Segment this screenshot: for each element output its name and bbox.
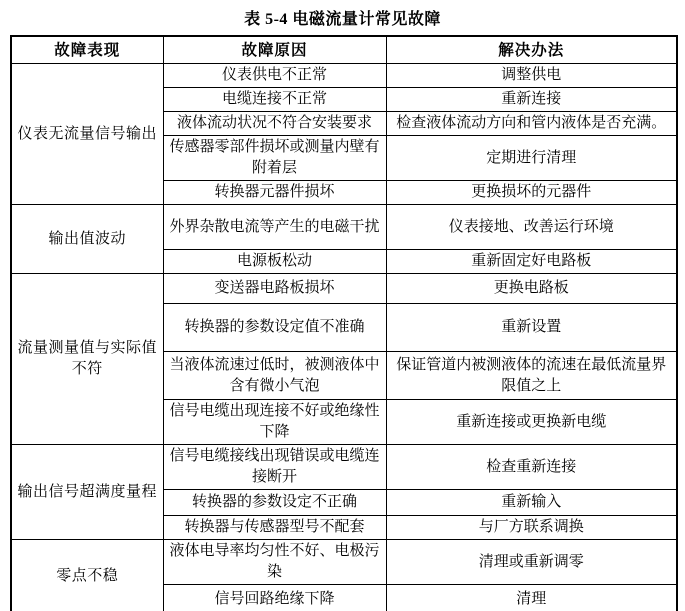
solution-cell: 检查液体流动方向和管内液体是否充满。 [386,112,677,136]
fault-table: 故障表现 故障原因 解决办法 仪表无流量信号输出仪表供电不正常调整供电电缆连接不… [10,35,678,611]
cause-cell: 信号电缆接线出现错误或电缆连接断开 [163,445,386,490]
cause-cell: 当液体流速过低时，被测液体中含有微小气泡 [163,352,386,400]
cause-cell: 电源板松动 [163,250,386,274]
solution-cell: 调整供电 [386,64,677,88]
fault-table-body: 仪表无流量信号输出仪表供电不正常调整供电电缆连接不正常重新连接液体流动状况不符合… [11,64,677,611]
cause-cell: 转换器元器件损坏 [163,181,386,205]
cause-cell: 转换器的参数设定值不准确 [163,304,386,352]
cause-cell: 电缆连接不正常 [163,88,386,112]
solution-cell: 更换损坏的元器件 [386,181,677,205]
fault-cell: 流量测量值与实际值不符 [11,274,163,445]
table-title: 表 5-4 电磁流量计常见故障 [0,0,685,35]
solution-cell: 重新连接 [386,88,677,112]
fault-cell: 仪表无流量信号输出 [11,64,163,205]
solution-cell: 检查重新连接 [386,445,677,490]
solution-cell: 清理 [386,585,677,611]
cause-cell: 外界杂散电流等产生的电磁干扰 [163,205,386,250]
fault-cell: 输出信号超满度量程 [11,445,163,540]
solution-cell: 与厂方联系调换 [386,516,677,540]
cause-cell: 传感器零部件损坏或测量内壁有附着层 [163,136,386,181]
fault-cell: 零点不稳 [11,540,163,611]
header-row: 故障表现 故障原因 解决办法 [11,36,677,64]
cause-cell: 信号回路绝缘下降 [163,585,386,611]
solution-cell: 重新固定好电路板 [386,250,677,274]
table-row: 输出信号超满度量程信号电缆接线出现错误或电缆连接断开检查重新连接 [11,445,677,490]
table-row: 零点不稳液体电导率均匀性不好、电极污染清理或重新调零 [11,540,677,585]
solution-cell: 重新连接或更换新电缆 [386,400,677,445]
table-row: 输出值波动外界杂散电流等产生的电磁干扰仪表接地、改善运行环境 [11,205,677,250]
solution-cell: 重新输入 [386,490,677,516]
fault-cell: 输出值波动 [11,205,163,274]
solution-cell: 仪表接地、改善运行环境 [386,205,677,250]
solution-cell: 更换电路板 [386,274,677,304]
solution-cell: 定期进行清理 [386,136,677,181]
cause-cell: 液体电导率均匀性不好、电极污染 [163,540,386,585]
cause-cell: 仪表供电不正常 [163,64,386,88]
table-row: 流量测量值与实际值不符变送器电路板损坏更换电路板 [11,274,677,304]
cause-cell: 变送器电路板损坏 [163,274,386,304]
cause-cell: 转换器与传感器型号不配套 [163,516,386,540]
cause-cell: 转换器的参数设定不正确 [163,490,386,516]
solution-cell: 重新设置 [386,304,677,352]
table-row: 仪表无流量信号输出仪表供电不正常调整供电 [11,64,677,88]
cause-cell: 液体流动状况不符合安装要求 [163,112,386,136]
fault-table-header: 故障表现 故障原因 解决办法 [11,36,677,64]
header-fault-manifestation: 故障表现 [11,36,163,64]
header-fault-cause: 故障原因 [163,36,386,64]
header-solution: 解决办法 [386,36,677,64]
solution-cell: 清理或重新调零 [386,540,677,585]
solution-cell: 保证管道内被测液体的流速在最低流量界限值之上 [386,352,677,400]
cause-cell: 信号电缆出现连接不好或绝缘性下降 [163,400,386,445]
